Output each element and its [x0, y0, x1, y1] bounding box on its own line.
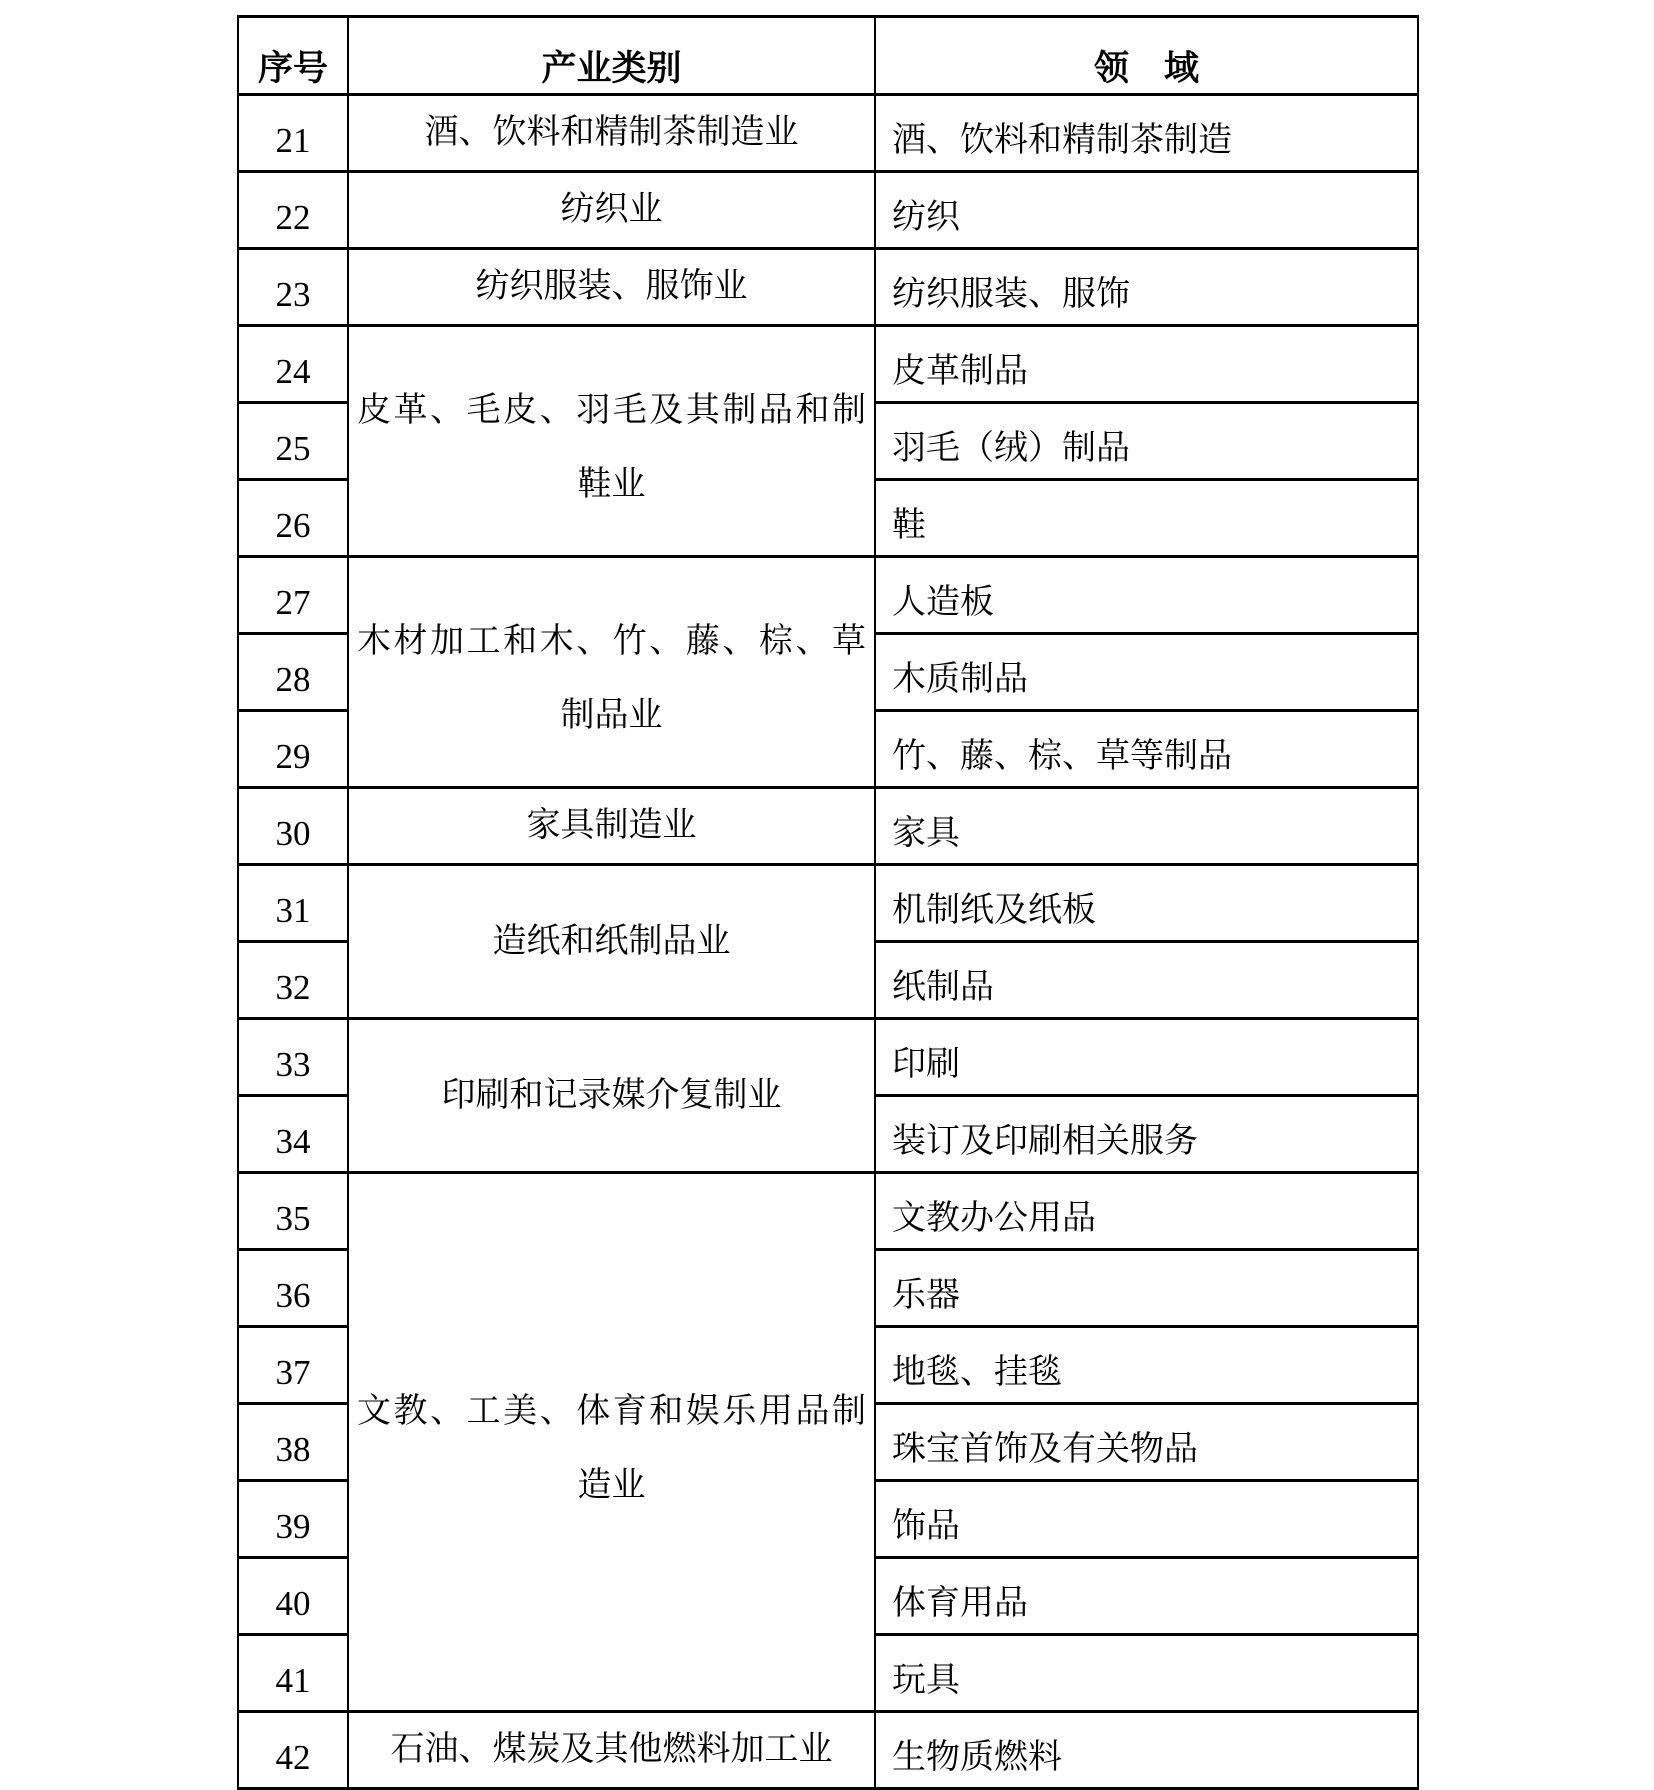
header-field: 领 域	[875, 17, 1418, 95]
field-cell: 乐器	[875, 1250, 1418, 1327]
row-number-cell: 35	[238, 1173, 348, 1250]
row-number-cell: 24	[238, 326, 348, 403]
row-number-cell: 27	[238, 557, 348, 634]
table-row: 27 木材加工和木、竹、藤、棕、草制品业 人造板	[238, 557, 1418, 634]
table-row: 30 家具制造业 家具	[238, 788, 1418, 865]
row-number-cell: 28	[238, 634, 348, 711]
document-page: 序号 产业类别 领 域 21 酒、饮料和精制茶制造业 酒、饮料和精制茶制造 22…	[0, 0, 1654, 1790]
field-cell: 鞋	[875, 480, 1418, 557]
field-cell: 玩具	[875, 1635, 1418, 1712]
table-header-row: 序号 产业类别 领 域	[238, 17, 1418, 95]
category-cell: 酒、饮料和精制茶制造业	[348, 95, 875, 172]
row-number-cell: 37	[238, 1327, 348, 1404]
field-cell: 羽毛（绒）制品	[875, 403, 1418, 480]
field-cell: 文教办公用品	[875, 1173, 1418, 1250]
field-cell: 木质制品	[875, 634, 1418, 711]
row-number-cell: 33	[238, 1019, 348, 1096]
field-cell: 酒、饮料和精制茶制造	[875, 95, 1418, 172]
category-cell: 纺织服装、服饰业	[348, 249, 875, 326]
table-row: 31 造纸和纸制品业 机制纸及纸板	[238, 865, 1418, 942]
field-cell: 家具	[875, 788, 1418, 865]
category-cell: 家具制造业	[348, 788, 875, 865]
row-number-cell: 32	[238, 942, 348, 1019]
table-row: 33 印刷和记录媒介复制业 印刷	[238, 1019, 1418, 1096]
category-cell-merged: 印刷和记录媒介复制业	[348, 1019, 875, 1173]
category-cell-merged: 造纸和纸制品业	[348, 865, 875, 1019]
row-number-cell: 29	[238, 711, 348, 788]
row-number-cell: 31	[238, 865, 348, 942]
field-cell: 珠宝首饰及有关物品	[875, 1404, 1418, 1481]
row-number-cell: 26	[238, 480, 348, 557]
category-cell: 纺织业	[348, 172, 875, 249]
table-row: 23 纺织服装、服饰业 纺织服装、服饰	[238, 249, 1418, 326]
category-cell-merged: 文教、工美、体育和娱乐用品制造业	[348, 1173, 875, 1712]
row-number-cell: 34	[238, 1096, 348, 1173]
table-row: 22 纺织业 纺织	[238, 172, 1418, 249]
field-cell: 地毯、挂毯	[875, 1327, 1418, 1404]
row-number-cell: 21	[238, 95, 348, 172]
row-number-cell: 40	[238, 1558, 348, 1635]
field-cell: 生物质燃料	[875, 1712, 1418, 1789]
field-cell: 人造板	[875, 557, 1418, 634]
row-number-cell: 36	[238, 1250, 348, 1327]
field-cell: 竹、藤、棕、草等制品	[875, 711, 1418, 788]
table-row: 24 皮革、毛皮、羽毛及其制品和制鞋业 皮革制品	[238, 326, 1418, 403]
row-number-cell: 39	[238, 1481, 348, 1558]
row-number-cell: 41	[238, 1635, 348, 1712]
header-serial-number: 序号	[238, 17, 348, 95]
row-number-cell: 22	[238, 172, 348, 249]
field-cell: 装订及印刷相关服务	[875, 1096, 1418, 1173]
row-number-cell: 23	[238, 249, 348, 326]
field-cell: 纸制品	[875, 942, 1418, 1019]
table-row: 35 文教、工美、体育和娱乐用品制造业 文教办公用品	[238, 1173, 1418, 1250]
industry-category-table: 序号 产业类别 领 域 21 酒、饮料和精制茶制造业 酒、饮料和精制茶制造 22…	[237, 15, 1419, 1790]
field-cell: 纺织	[875, 172, 1418, 249]
row-number-cell: 42	[238, 1712, 348, 1789]
row-number-cell: 25	[238, 403, 348, 480]
category-cell-merged: 皮革、毛皮、羽毛及其制品和制鞋业	[348, 326, 875, 557]
field-cell: 皮革制品	[875, 326, 1418, 403]
field-cell: 饰品	[875, 1481, 1418, 1558]
field-cell: 体育用品	[875, 1558, 1418, 1635]
row-number-cell: 38	[238, 1404, 348, 1481]
field-cell: 印刷	[875, 1019, 1418, 1096]
table-row: 21 酒、饮料和精制茶制造业 酒、饮料和精制茶制造	[238, 95, 1418, 172]
field-cell: 机制纸及纸板	[875, 865, 1418, 942]
table-row: 42 石油、煤炭及其他燃料加工业 生物质燃料	[238, 1712, 1418, 1789]
field-cell: 纺织服装、服饰	[875, 249, 1418, 326]
category-cell-merged: 木材加工和木、竹、藤、棕、草制品业	[348, 557, 875, 788]
category-cell: 石油、煤炭及其他燃料加工业	[348, 1712, 875, 1789]
header-industry-category: 产业类别	[348, 17, 875, 95]
row-number-cell: 30	[238, 788, 348, 865]
